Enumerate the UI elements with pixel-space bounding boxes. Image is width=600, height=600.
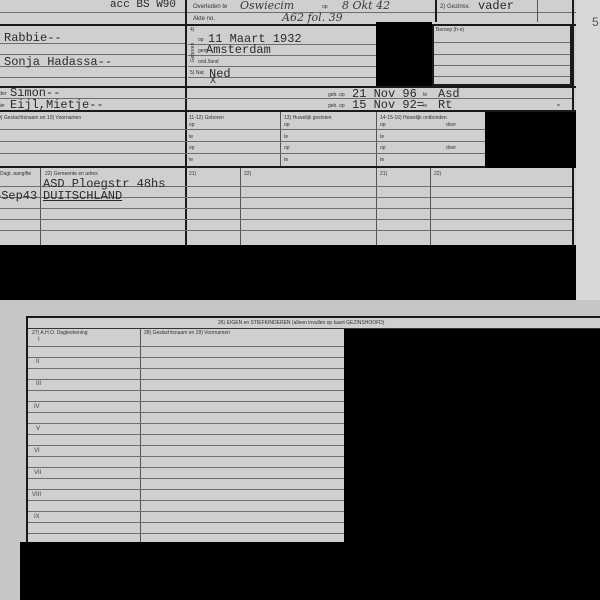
- row-numeral-9: IX: [34, 514, 40, 520]
- row-numeral-4: IV: [34, 404, 40, 410]
- birth-place: Amsterdam: [206, 44, 271, 56]
- born-at-label-1: te: [189, 135, 193, 140]
- dissolved-on-label-2: op: [380, 146, 386, 151]
- row-numeral-6: VI: [34, 448, 40, 454]
- dissolved-by-label-1: door: [446, 123, 456, 128]
- died-place: Oswiecim: [240, 0, 294, 11]
- born-at-label-2: te: [189, 158, 193, 163]
- row-numeral-8: VIII: [32, 492, 41, 498]
- children-name-header: 28) Geslachtsnaam en 29) Voornamen: [144, 331, 230, 336]
- dissolved-at-label-1: te: [380, 135, 384, 140]
- died-date: 8 Okt 42: [342, 0, 390, 11]
- birth-section-label: Geboren: [191, 43, 196, 62]
- dissolved-at-label-2: te: [380, 158, 384, 163]
- father-label: vader: [0, 92, 7, 97]
- given-names: Sonja Hadassa--: [4, 56, 112, 68]
- dissolved-on-label-1: op: [380, 123, 386, 128]
- married-on-label-1: op: [284, 123, 290, 128]
- col-22-header-left: 22): [244, 172, 251, 177]
- deed-number: A62 fol. 39: [282, 12, 343, 23]
- redaction-photo: [376, 22, 432, 86]
- row-numeral-2: II: [36, 359, 39, 365]
- married-on-label-2: op: [284, 146, 290, 151]
- mother-birth-date: 15 Nov 92=: [352, 99, 424, 111]
- row-numeral-5: V: [36, 426, 40, 432]
- married-at-label-1: te: [284, 135, 288, 140]
- nationality-label: 5) Nat.: [190, 71, 205, 76]
- mother-birth-place: Rt: [438, 99, 452, 111]
- relation-label: 2) Gezinsv.: [440, 4, 470, 10]
- address-row-2: DUITSCHLAND: [43, 190, 122, 202]
- redaction-spouse: [485, 112, 577, 168]
- deed-label: Akte no.: [193, 16, 215, 22]
- married-at-label-2: te: [284, 158, 288, 163]
- spouse-married-header: 13) Huwelijk gesloten: [284, 116, 332, 121]
- bottom-card: 26) EIGEN en STIEFKINDEREN (alleen invul…: [26, 316, 600, 568]
- archive-reference: acc BS W90: [110, 0, 176, 11]
- surname: Rabbie--: [4, 32, 62, 44]
- row-numeral-7: VII: [34, 470, 41, 476]
- col-21-header-left: 21): [189, 172, 196, 177]
- born-on-label-2: op: [189, 146, 195, 151]
- address-date-row-2: 5Sep43: [0, 190, 37, 202]
- row-numeral-1: I: [38, 337, 40, 343]
- born-on-label-1: op: [189, 123, 195, 128]
- col-22-header-right: 22): [434, 172, 441, 177]
- margin-strip: [576, 0, 600, 300]
- spouse-name-header: 9) Geslachtsnaam en 10) Voornamen: [0, 116, 81, 121]
- mother-place-label: te: [423, 104, 427, 109]
- birth-on-label: op: [198, 38, 204, 43]
- spouse-dissolved-header: 14-15-16) Huwelijk ontbonden: [380, 116, 447, 121]
- father-born-label: geb. op: [328, 93, 345, 98]
- spouse-born-header: 11-12) Geboren: [189, 116, 224, 121]
- died-label: Overleden te: [193, 4, 227, 10]
- mother-name: Eijl,Mietje--: [10, 99, 104, 111]
- died-on-label: op: [322, 5, 328, 10]
- relation-value: vader: [478, 0, 514, 12]
- redaction-middle: [0, 245, 576, 300]
- redaction-bottom: [20, 542, 600, 600]
- field-4-label: 4): [190, 28, 194, 33]
- row-numeral-3: III: [36, 381, 41, 387]
- margin-mark: 5: [592, 16, 599, 28]
- mother-label: moeder: [0, 104, 5, 109]
- country-label: ond./land: [198, 60, 219, 65]
- top-card: acc BS W90 Overleden te Oswiecim op 8 Ok…: [0, 0, 576, 245]
- mother-born-label: geb. op: [328, 104, 345, 109]
- dissolved-by-label-2: door: [446, 146, 456, 151]
- occupation-label: Beroep (h-o): [436, 28, 464, 33]
- address-date-header: Dagt. aangifte: [0, 172, 31, 177]
- children-title: 26) EIGEN en STIEFKINDEREN (alleen invul…: [218, 321, 384, 326]
- aho-header: 27) A.H.O. Dagteekening: [32, 331, 88, 336]
- redaction-children: [344, 329, 600, 570]
- end-mark: =: [557, 104, 560, 109]
- col-21-header-right: 21): [380, 172, 387, 177]
